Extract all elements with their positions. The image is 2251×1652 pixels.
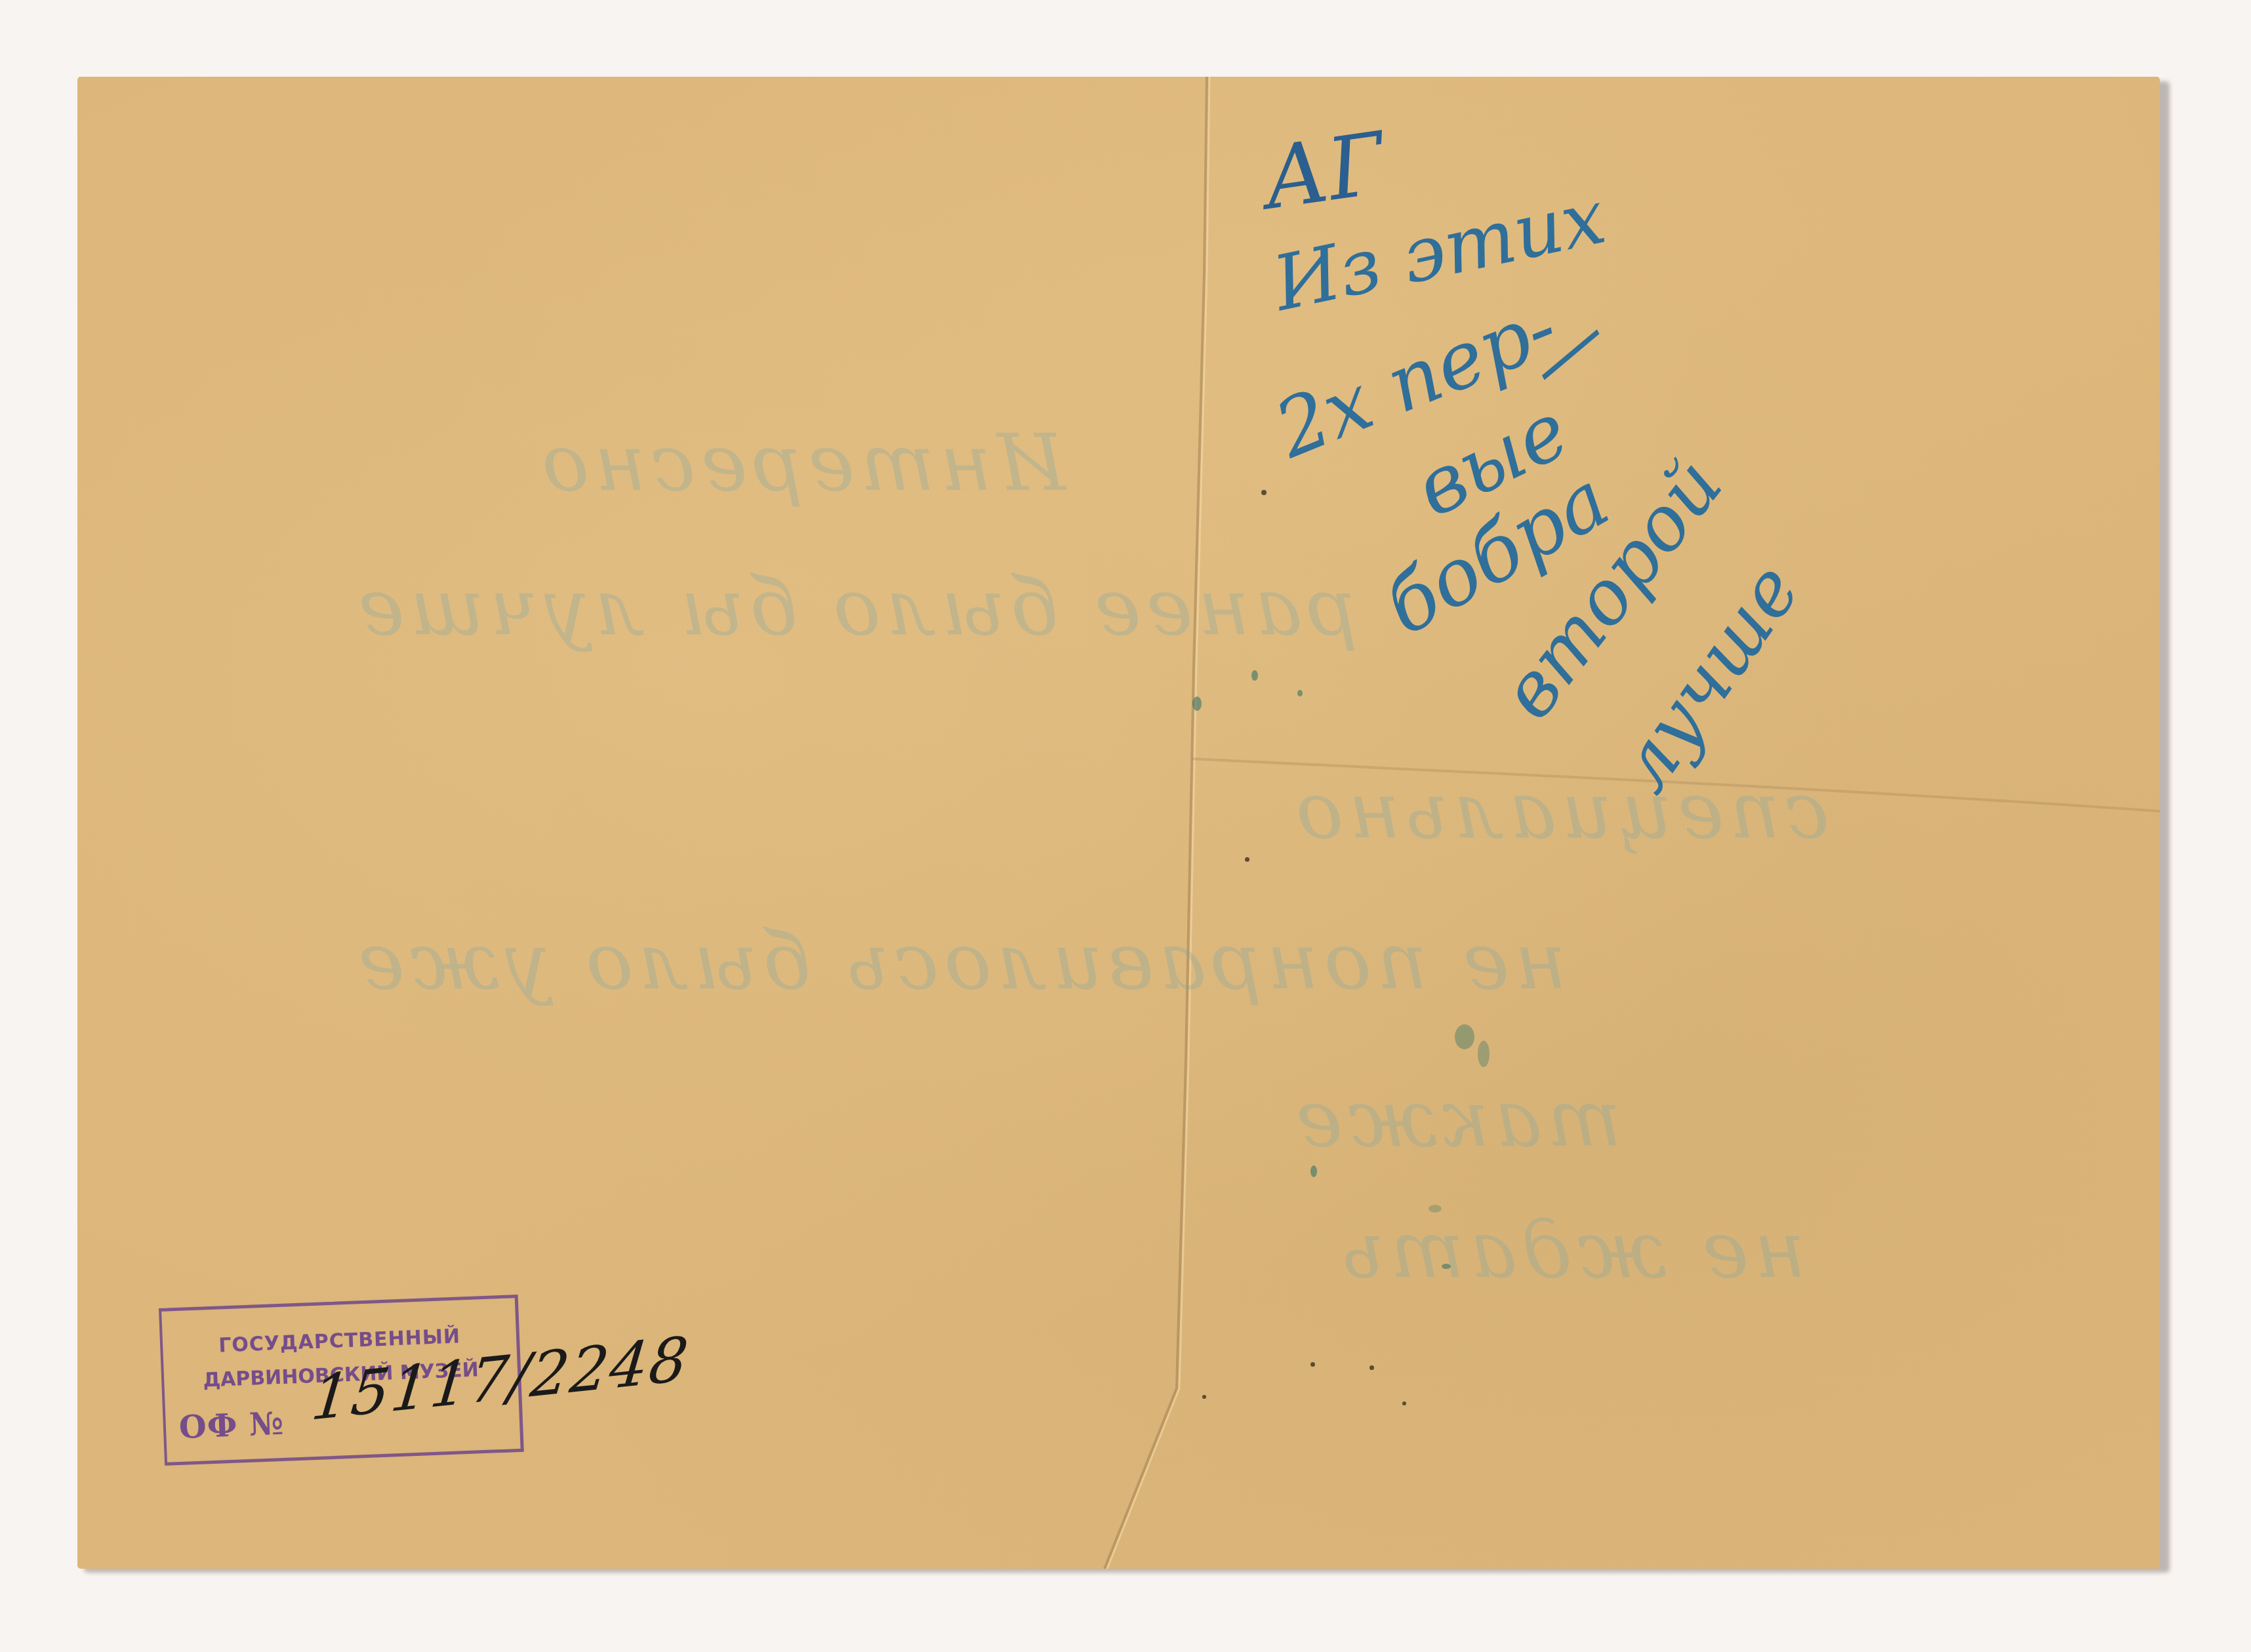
bleed-through-line: ранее было бы лучше [353, 562, 1358, 653]
stamp-prefix: ОФ № [178, 1405, 285, 1446]
dust-dot [1402, 1401, 1406, 1405]
dust-dot [1310, 1362, 1315, 1367]
bleed-through-line: Интересно [537, 418, 1066, 509]
ink-speckle [1192, 696, 1202, 711]
ink-speckle [1429, 1205, 1442, 1213]
ink-speckle [1442, 1264, 1451, 1269]
bleed-through-line: специально [1291, 765, 1829, 856]
dust-dot [1202, 1395, 1206, 1399]
ink-speckle [1310, 1165, 1317, 1177]
dust-dot [1245, 857, 1249, 862]
ink-speckle [1478, 1041, 1490, 1067]
bleed-through-line: также [1291, 1074, 1621, 1165]
document-scan: Интересно ранее было бы лучше специально… [0, 0, 2251, 1652]
dust-dot [1261, 490, 1267, 495]
ink-speckle [1251, 670, 1258, 681]
ink-speckle [1455, 1024, 1474, 1049]
bleed-through-line: не ждать [1337, 1205, 1806, 1296]
ink-speckle [1297, 690, 1303, 696]
dust-dot [1369, 1365, 1374, 1370]
bleed-through-line: не понравилось было уже [353, 916, 1566, 1007]
